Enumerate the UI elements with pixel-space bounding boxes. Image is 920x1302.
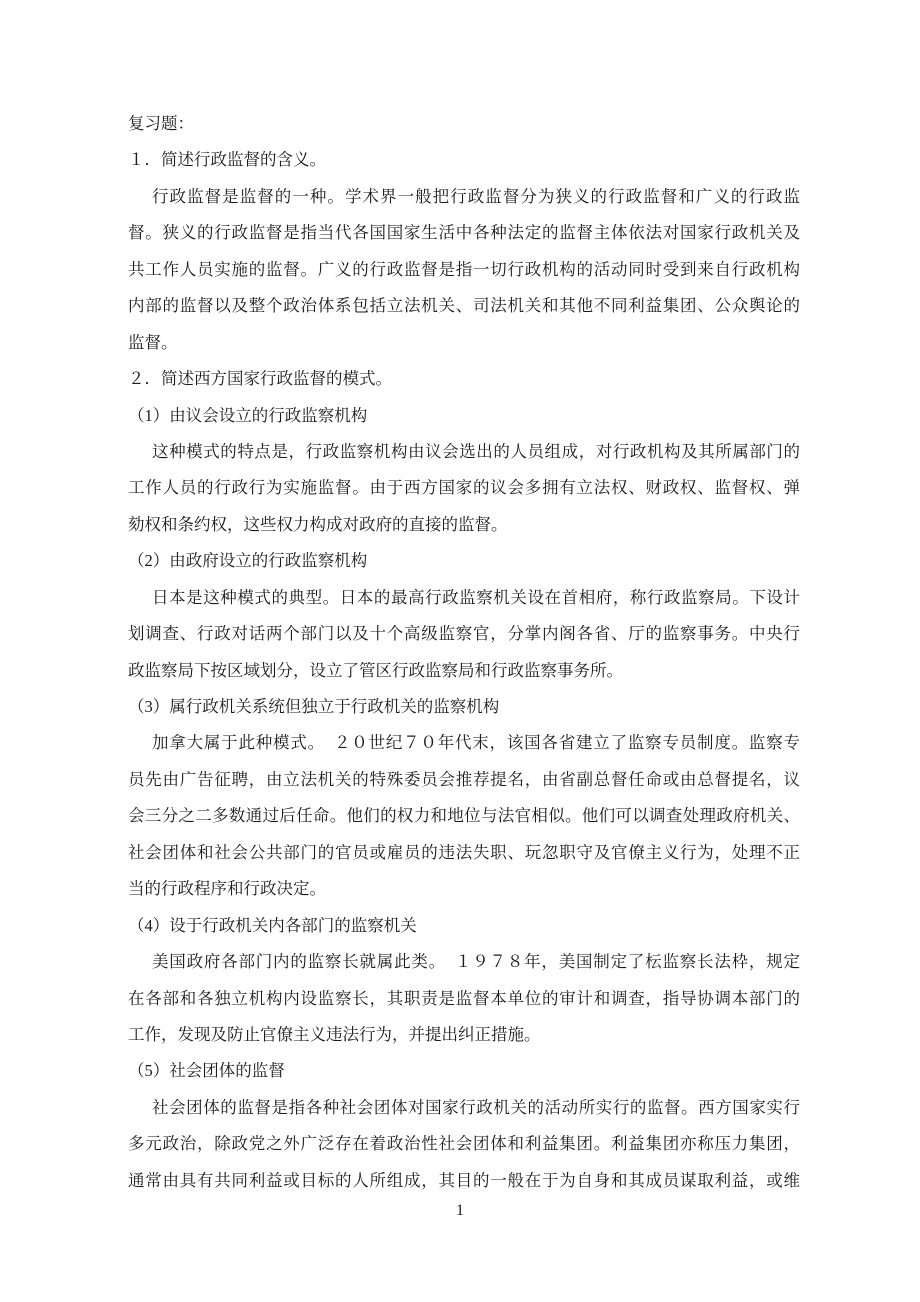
text-line: 员先由广告征聘，由立法机关的特殊委员会推荐提名，由省副总督任命或由总督提名，议 [128,762,800,798]
text-line: 日本是这种模式的典型。日本的最高行政监察机关设在首相府，称行政监察局。下设计 [128,580,800,616]
text-line: （1）由议会设立的行政监察机构 [128,398,800,434]
page-footer: 1 [0,1200,920,1222]
text-line: （3）属行政机关系统但独立于行政机关的监察机构 [128,689,800,725]
text-line: 内部的监督以及整个政治体系包括立法机关、司法机关和其他不同利益集团、公众舆论的 [128,288,800,324]
text-line: 劾权和条约权，这些权力构成对政府的直接的监督。 [128,507,800,543]
text-line: 工作人员的行政行为实施监督。由于西方国家的议会多拥有立法权、财政权、监督权、弹 [128,470,800,506]
text-line: 划调查、行政对话两个部门以及十个高级监察官，分掌内阁各省、厅的监察事务。中央行 [128,616,800,652]
text-line: （2）由政府设立的行政监察机构 [128,543,800,579]
text-line: （5）社会团体的监督 [128,1053,800,1089]
text-line: 工作，发现及防止官僚主义违法行为，并提出纠正措施。 [128,1017,800,1053]
text-line: 会三分之二多数通过后任命。他们的权力和地位与法官相似。他们可以调查处理政府机关、 [128,798,800,834]
text-line: １．简述行政监督的含义。 [128,142,800,178]
document-page: 复习题：１．简述行政监督的含义。行政监督是监督的一种。学术界一般把行政监督分为狭… [0,0,920,1302]
text-line: 监督。 [128,325,800,361]
text-line: 这种模式的特点是，行政监察机构由议会选出的人员组成，对行政机构及其所属部门的 [128,434,800,470]
text-line: 社会团体的监督是指各种社会团体对国家行政机关的活动所实行的监督。西方国家实行 [128,1090,800,1126]
text-line: 政监察局下按区域划分，设立了管区行政监察局和行政监察事务所。 [128,653,800,689]
text-line: 行政监督是监督的一种。学术界一般把行政监督分为狭义的行政监督和广义的行政监 [128,179,800,215]
text-line: 美国政府各部门内的监察长就属此类。 １９７８年，美国制定了枟监察长法枠，规定 [128,944,800,980]
text-line: ２．简述西方国家行政监督的模式。 [128,361,800,397]
text-line: 社会团体和社会公共部门的官员或雇员的违法失职、玩忽职守及官僚主义行为，处理不正 [128,835,800,871]
text-line: 在各部和各独立机构内设监察长，其职责是监督本单位的审计和调查，指导协调本部门的 [128,981,800,1017]
text-line: 当的行政程序和行政决定。 [128,871,800,907]
text-line: 多元政治，除政党之外广泛存在着政治性社会团体和利益集团。利益集团亦称压力集团， [128,1126,800,1162]
text-line: 加拿大属于此种模式。 ２０世纪７０年代末，该国各省建立了监察专员制度。监察专 [128,725,800,761]
text-line: 通常由具有共同利益或目标的人所组成，其目的一般在于为自身和其成员谋取利益，或维 [128,1163,800,1199]
page-number: 1 [456,1202,464,1219]
text-line: 共工作人员实施的监督。广义的行政监督是指一切行政机构的活动同时受到来自行政机构 [128,252,800,288]
text-line: （4）设于行政机关内各部门的监察机关 [128,908,800,944]
text-line: 督。狭义的行政监督是指当代各国国家生活中各种法定的监督主体依法对国家行政机关及 [128,215,800,251]
document-body: 复习题：１．简述行政监督的含义。行政监督是监督的一种。学术界一般把行政监督分为狭… [128,106,800,1199]
text-line: 复习题： [128,106,800,142]
